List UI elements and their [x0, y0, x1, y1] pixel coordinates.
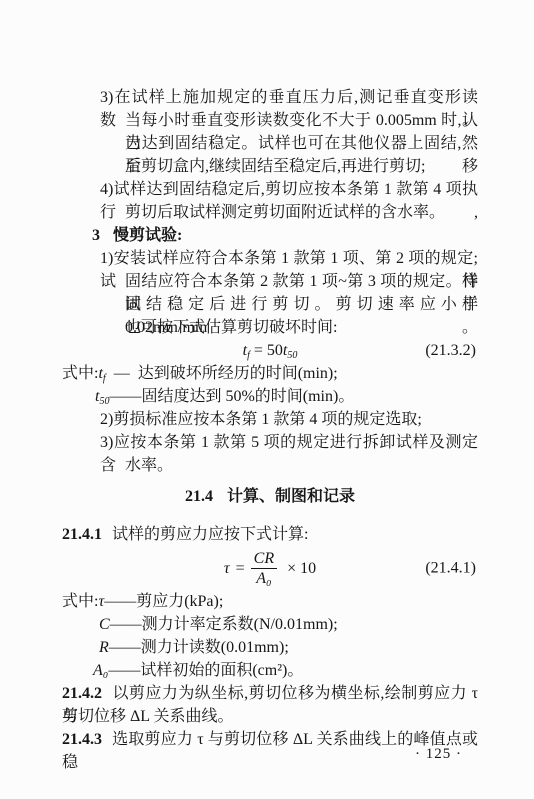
document-page: 3)在试样上施加规定的垂直压力后,测记垂直变形读数。 当每小时垂直变形读数变化不… [0, 0, 534, 799]
section-heading-title: 计算、制图和记录 [227, 488, 355, 505]
clause-3-heading: 3慢剪试验: [62, 224, 478, 247]
fraction-numerator: CR [251, 549, 277, 569]
slow-item-2-line1: 2)剪损标准应按本条第 1 款第 4 项的规定选取; [62, 408, 478, 431]
where-prefix: 式中: [62, 365, 98, 382]
where-tf-line: 式中:tf—达到破坏所经历的时间(min); [62, 362, 478, 385]
where-r-text: 测力计读数(0.01mm); [141, 639, 289, 656]
section-heading-21-4: 21.4计算、制图和记录 [62, 485, 478, 508]
paragraph-21-4-2-line1: 21.4.2以剪应力为纵坐标,剪切位移为横坐标,绘制剪应力 τ 与 [62, 682, 478, 705]
where-tf-sub: f [103, 373, 106, 384]
section-heading-number: 21.4 [185, 488, 213, 505]
list-marker-4: 4) [100, 181, 113, 198]
formula-21-4-1-row: τ = CRA₀ × 10 (21.4.1) [62, 546, 478, 590]
list-item-3-line3: 已达到固结稳定。试样也可在其他仪器上固结,然后移 [62, 132, 478, 155]
slow-item-2-marker: 2) [100, 411, 113, 428]
where-tau-line: 式中:τ——剪应力(kPa); [62, 590, 478, 613]
where-r-symbol: R [99, 639, 109, 656]
page-number: · 125 · [415, 746, 462, 763]
where-a0-line: A₀——试样初始的面积(cm²)。 [62, 659, 478, 682]
list-item-3-line4: 至剪切盒内,继续固结至稳定后,再进行剪切; [62, 155, 478, 178]
paragraph-21-4-1-text: 试样的剪应力应按下式计算: [112, 526, 308, 543]
list-marker-3: 3) [100, 89, 113, 106]
where-tau-prefix: 式中: [62, 593, 98, 610]
list-item-4-line1: 4)试样达到固结稳定后,剪切应按本条第 1 款第 4 项执行, [62, 178, 478, 201]
fraction-denominator: A₀ [251, 569, 277, 588]
formula-21-3-2: tf = 50t50 [243, 339, 298, 362]
formula-times-10: × 10 [287, 557, 316, 580]
where-r-line: R——测力计读数(0.01mm); [62, 636, 478, 659]
where-c-text: 测力计率定系数(N/0.01mm); [142, 616, 338, 633]
equation-number-21-3-2: (21.3.2) [425, 339, 476, 362]
slow-item-1-line2: 固结应符合本条第 2 款第 1 项~第 3 项的规定。待试样 [62, 270, 478, 293]
paragraph-21-4-1-number: 21.4.1 [62, 526, 102, 543]
equation-number-21-4-1: (21.4.1) [425, 557, 476, 580]
list-item-3-line1: 3)在试样上施加规定的垂直压力后,测记垂直变形读数。 [62, 86, 478, 109]
where-a0-text: 试样初始的面积(cm²)。 [140, 662, 303, 679]
formula-equals: = 50 [250, 342, 283, 359]
where-t50-dash: —— [109, 388, 141, 405]
where-r-dash: —— [109, 639, 141, 656]
where-t50-text: 固结度达到 50%的时间(min)。 [141, 388, 354, 405]
where-a0-dash: —— [108, 662, 140, 679]
slow-item-1-line3: 固结稳定后进行剪切。剪切速率应小于 0.02mm/min。 [62, 293, 478, 316]
formula-21-3-2-row: tf = 50t50 (21.3.2) [62, 339, 478, 362]
where-tf-text: 达到破坏所经历的时间(min); [138, 365, 338, 382]
where-tf-dash: — [114, 365, 130, 382]
slow-item-2-text: 剪损标准应按本条第 1 款第 4 项的规定选取; [113, 411, 421, 428]
list-item-4-line2: 剪切后取试样测定剪切面附近试样的含水率。 [62, 201, 478, 224]
formula-tau-symbol: τ [224, 557, 230, 580]
clause-3-number: 3 [92, 227, 100, 244]
where-tau-text: 剪应力(kPa); [136, 593, 223, 610]
paragraph-21-4-1: 21.4.1试样的剪应力应按下式计算: [62, 523, 478, 546]
paragraph-21-4-2-number: 21.4.2 [62, 685, 102, 702]
paragraph-21-4-2-line2: 剪切位移 ΔL 关系曲线。 [62, 705, 478, 728]
where-c-symbol: C [99, 616, 110, 633]
formula-equals-sign: = [236, 557, 245, 580]
paragraph-21-4-3-number: 21.4.3 [62, 731, 102, 748]
slow-item-1-line1: 1)安装试样应符合本条第 1 款第 1 项、第 2 项的规定;试样 [62, 247, 478, 270]
where-tau-dash: —— [104, 593, 136, 610]
where-c-dash: —— [110, 616, 142, 633]
where-t50-sub: 50 [99, 396, 109, 407]
page-body: 3)在试样上施加规定的垂直压力后,测记垂直变形读数。 当每小时垂直变形读数变化不… [62, 86, 478, 751]
clause-3-title: 慢剪试验: [113, 227, 182, 244]
formula-sub-50: 50 [287, 350, 297, 361]
fraction: CRA₀ [251, 549, 277, 588]
slow-item-3-line1: 3)应按本条第 1 款第 5 项的规定进行拆卸试样及测定含 [62, 431, 478, 454]
list-item-3-line2: 当每小时垂直变形读数变化不大于 0.005mm 时,认为 [62, 109, 478, 132]
slow-item-1-marker: 1) [100, 250, 113, 267]
where-t50-line: t50——固结度达到 50%的时间(min)。 [62, 385, 478, 408]
where-a0-symbol: A₀ [93, 662, 108, 679]
where-c-line: C——测力计率定系数(N/0.01mm); [62, 613, 478, 636]
slow-item-3-marker: 3) [100, 434, 113, 451]
slow-item-3-line2: 水率。 [62, 454, 478, 477]
